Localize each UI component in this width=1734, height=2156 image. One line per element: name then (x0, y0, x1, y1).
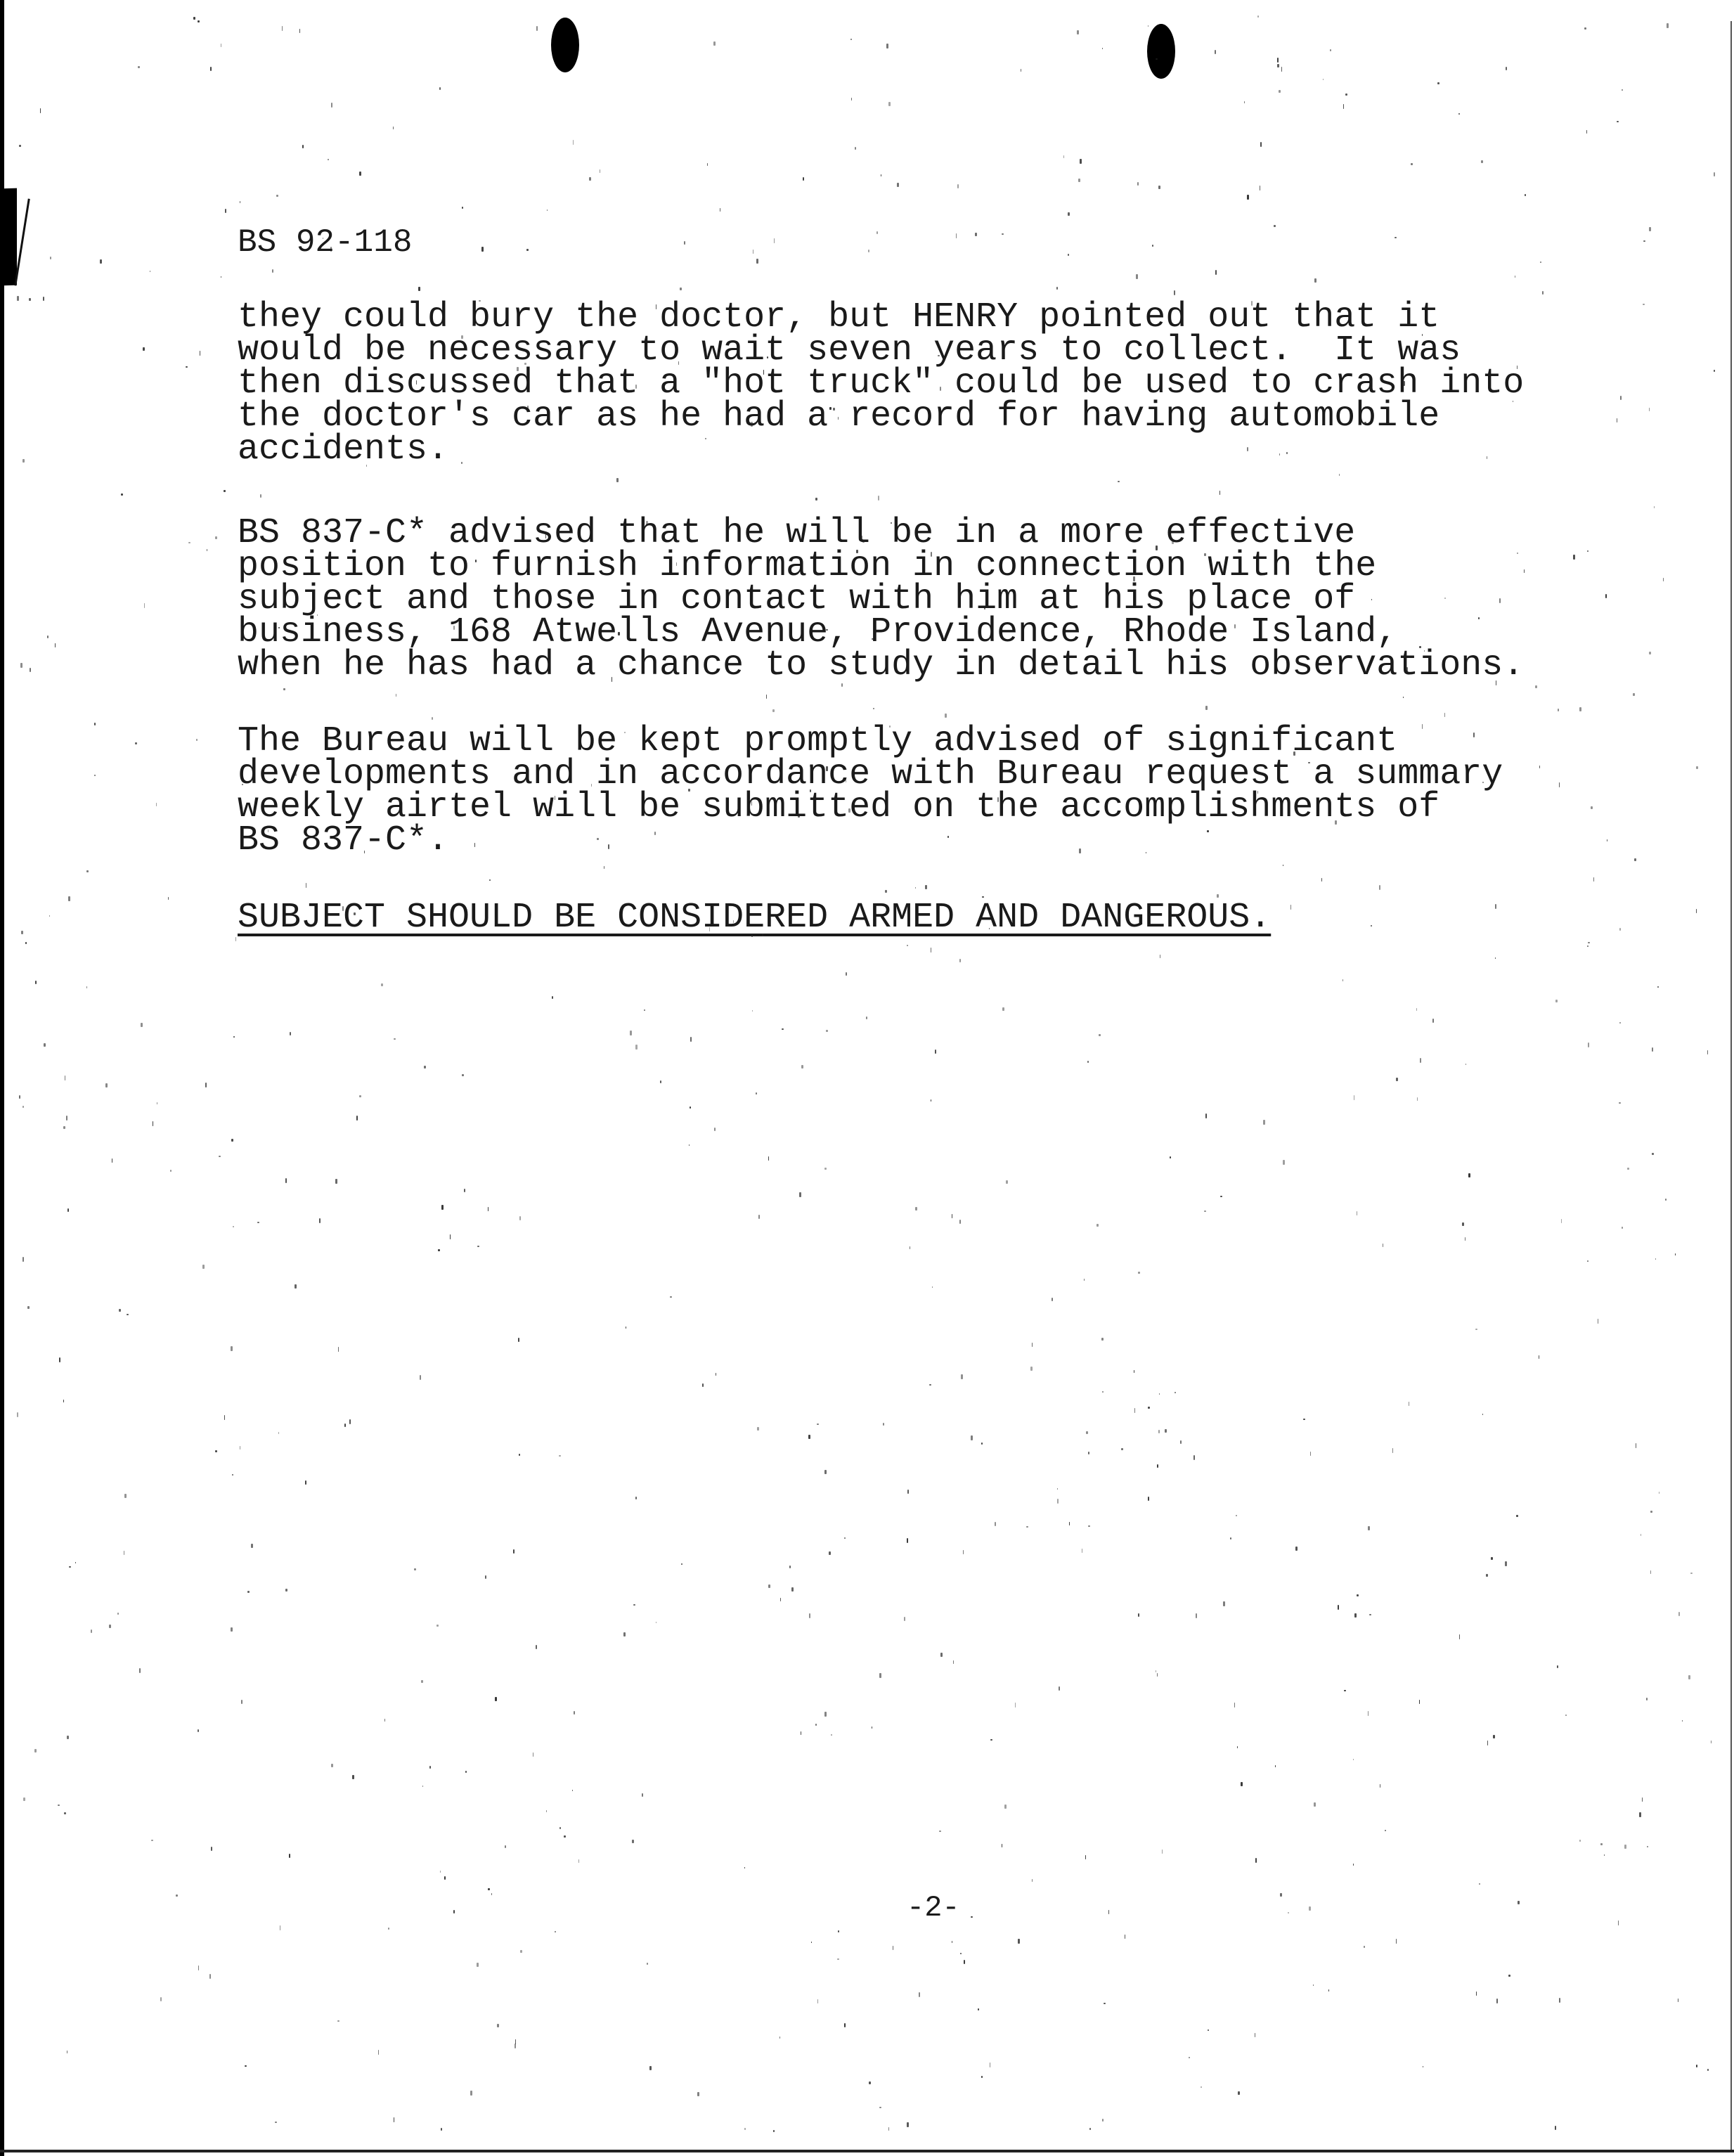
speck (1082, 1549, 1082, 1553)
speck (597, 838, 599, 840)
speck (1496, 1999, 1498, 2003)
speck (176, 1894, 178, 1897)
speck (1600, 1843, 1603, 1845)
speck (1588, 1043, 1589, 1047)
speck (170, 1170, 172, 1172)
speck (780, 1598, 781, 1601)
speck (753, 250, 753, 254)
speck (477, 1246, 479, 1247)
speck (940, 387, 941, 391)
punch-hole-icon (551, 18, 579, 72)
speck (231, 1627, 233, 1632)
speck (888, 102, 891, 106)
speck (1260, 142, 1262, 147)
speck (67, 1736, 69, 1739)
speck (393, 127, 394, 129)
speck (69, 1566, 71, 1568)
speck (1204, 553, 1206, 556)
speck (1158, 1430, 1160, 1433)
speck (1102, 2119, 1104, 2122)
speck (872, 1726, 872, 1729)
speck (1487, 1741, 1488, 1745)
speck (572, 1790, 573, 1791)
speck (295, 1284, 297, 1289)
speck (1619, 1022, 1621, 1024)
speck (600, 169, 600, 173)
speck (1323, 79, 1324, 80)
speck (86, 870, 89, 872)
speck (1342, 979, 1343, 981)
speck (801, 1065, 803, 1069)
speck (526, 249, 529, 251)
speck (697, 2092, 699, 2096)
speck (515, 2044, 516, 2048)
speck (1002, 233, 1004, 235)
speck (1579, 1840, 1581, 1842)
speck (1260, 186, 1260, 191)
speck (573, 140, 574, 145)
speck (1255, 1858, 1257, 1863)
speck (647, 1963, 648, 1965)
speck (1345, 343, 1345, 344)
speck (105, 1083, 108, 1087)
speck (1458, 113, 1460, 115)
speck (866, 1016, 867, 1019)
speck (34, 1749, 37, 1752)
speck (1205, 1113, 1207, 1118)
speck (207, 549, 207, 551)
speck (67, 1208, 69, 1212)
speck (224, 1415, 225, 1420)
speck (1663, 578, 1664, 581)
speck (429, 1766, 431, 1769)
speck (306, 883, 306, 888)
speck (811, 1942, 812, 1943)
speck (378, 2050, 379, 2055)
speck (356, 1116, 358, 1121)
speck (959, 959, 961, 962)
speck (388, 1928, 389, 1930)
speck (1247, 195, 1249, 200)
speck (808, 1435, 810, 1439)
speck (63, 1400, 64, 1402)
speck (838, 1930, 839, 1932)
speck (1205, 706, 1208, 710)
speck (17, 1412, 18, 1417)
speck (462, 207, 463, 209)
speck (221, 44, 221, 47)
speck (855, 147, 856, 150)
speck (1383, 1244, 1383, 1247)
speck (1475, 1329, 1477, 1330)
speck (307, 318, 309, 319)
speck (604, 866, 604, 869)
speck (1459, 1634, 1460, 1639)
speck (1539, 1355, 1539, 1359)
paragraph-2: BS 837-C* advised that he will be in a m… (238, 517, 1524, 682)
speck (1517, 553, 1518, 554)
speck (990, 2063, 990, 2067)
speck (1165, 1429, 1167, 1433)
speck (198, 1965, 199, 1970)
speck (1565, 1715, 1567, 1716)
speck (1156, 546, 1158, 550)
speck (907, 1538, 908, 1543)
speck (67, 2051, 67, 2053)
speck (257, 1222, 259, 1223)
speck (94, 775, 96, 776)
speck (876, 231, 878, 234)
speck (756, 1092, 757, 1095)
speck (1396, 1939, 1397, 1944)
speck (1180, 1440, 1182, 1444)
speck (121, 493, 123, 496)
speck (826, 1030, 828, 1032)
speck (527, 406, 529, 409)
speck (564, 1835, 566, 1838)
speck (1593, 877, 1594, 882)
speck (1539, 766, 1540, 768)
speck (1238, 2091, 1240, 2095)
speck (1353, 1759, 1354, 1760)
speck (1125, 1935, 1125, 1939)
speck (1021, 69, 1021, 72)
speck (1587, 945, 1589, 947)
speck (851, 98, 852, 101)
speck (1417, 1097, 1418, 1101)
speck (1088, 1452, 1089, 1454)
speck (623, 1632, 626, 1637)
speck (879, 2107, 881, 2108)
speck (421, 1680, 423, 1683)
speck (856, 550, 858, 553)
speck (670, 1296, 672, 1298)
speck (975, 233, 977, 236)
speck (1230, 1537, 1231, 1539)
speck (489, 879, 491, 881)
speck (1089, 2128, 1091, 2130)
speck (1059, 1686, 1060, 1691)
speck (831, 1734, 832, 1736)
speck (35, 981, 37, 984)
speck (1054, 597, 1054, 601)
speck (1476, 1992, 1477, 1996)
speck (275, 2122, 277, 2123)
speck (1133, 576, 1135, 581)
speck (872, 638, 874, 640)
speck (328, 159, 329, 160)
speck (1482, 782, 1484, 783)
speck (25, 942, 27, 944)
speck (1486, 1574, 1488, 1577)
speck (824, 1712, 827, 1717)
speck (193, 17, 195, 20)
speck (1257, 15, 1259, 18)
speck (232, 1474, 233, 1476)
speck (394, 2117, 394, 2122)
speck (151, 1840, 153, 1841)
speck (644, 1009, 645, 1011)
speck (1015, 1703, 1016, 1708)
speck (1330, 49, 1331, 51)
speck (247, 1591, 250, 1593)
speck (624, 732, 626, 733)
speck (1006, 1180, 1008, 1184)
speck (815, 498, 817, 501)
speck (860, 536, 862, 539)
speck (789, 1566, 791, 1568)
speck (438, 1249, 440, 1251)
speck (1696, 2065, 1697, 2067)
speck (810, 765, 810, 767)
speck (837, 1958, 839, 1960)
speck (626, 1326, 626, 1329)
speck (1219, 491, 1220, 495)
speck (1642, 1797, 1643, 1802)
speck (1157, 1464, 1158, 1468)
speck (907, 2122, 909, 2127)
speck (124, 1494, 127, 1498)
speck (364, 851, 365, 853)
speck (1157, 1673, 1158, 1677)
speck (474, 843, 475, 847)
speck (779, 2036, 780, 2039)
speck (684, 241, 685, 245)
speck (461, 335, 463, 339)
speck (22, 459, 25, 463)
speck (513, 1549, 515, 1554)
speck (1652, 1047, 1653, 1052)
speck (1275, 1765, 1276, 1767)
speck (1620, 396, 1622, 400)
speck (349, 1419, 351, 1424)
speck (997, 797, 999, 802)
speck (30, 668, 31, 672)
speck (713, 41, 716, 46)
speck (1357, 1594, 1359, 1596)
speck (1657, 986, 1659, 988)
speck (829, 407, 832, 410)
speck (931, 552, 932, 557)
speck (359, 172, 361, 176)
speck (656, 304, 656, 309)
speck (601, 626, 602, 631)
speck (1517, 366, 1518, 369)
speck (19, 145, 21, 147)
speck (1496, 680, 1496, 685)
speck (897, 183, 899, 187)
speck (1189, 2057, 1190, 2058)
speck (86, 986, 87, 988)
speck (138, 66, 140, 68)
speck (758, 1215, 760, 1219)
speck (1411, 163, 1413, 165)
speck (676, 562, 677, 566)
speck (519, 1216, 521, 1220)
speck (1237, 1746, 1238, 1748)
speck (1667, 23, 1669, 28)
speck (75, 1562, 76, 1563)
speck (1085, 1855, 1086, 1859)
speck (276, 195, 278, 197)
speck (751, 934, 753, 937)
speck (829, 1551, 831, 1555)
speck (963, 1550, 964, 1554)
speck (278, 1432, 279, 1434)
speck (929, 1384, 931, 1386)
speck (960, 1953, 962, 1954)
speck (1234, 1703, 1235, 1708)
speck (1491, 1557, 1493, 1560)
speck (772, 709, 775, 712)
speck (907, 945, 908, 946)
speck (768, 1156, 769, 1161)
speck (1172, 541, 1174, 544)
speck (1148, 1497, 1149, 1501)
speck (959, 1220, 961, 1224)
speck (432, 717, 433, 720)
speck (1513, 401, 1513, 402)
speck (453, 1910, 455, 1913)
scan-edge-right (1730, 21, 1732, 2151)
speck (1344, 1690, 1346, 1691)
speck (824, 1470, 827, 1474)
speck (505, 1845, 506, 1848)
speck (157, 1102, 157, 1104)
speck (1328, 1989, 1329, 1992)
speck (798, 815, 800, 818)
speck (1196, 1613, 1197, 1618)
speck (782, 1028, 784, 1030)
speck (1068, 212, 1070, 216)
speck (450, 1234, 451, 1239)
speck (414, 1568, 416, 1570)
speck (971, 1435, 973, 1440)
speck (654, 832, 656, 835)
speck (117, 1613, 119, 1615)
speck (772, 373, 773, 375)
speck (1696, 766, 1698, 769)
speck (931, 1099, 931, 1102)
speck (1557, 1665, 1558, 1668)
speck (989, 928, 990, 929)
speck (352, 1775, 354, 1779)
speck (381, 983, 383, 986)
speck (1056, 287, 1058, 290)
speck (915, 887, 916, 889)
speck (196, 739, 198, 741)
speck (1263, 1120, 1265, 1125)
speck (470, 2091, 472, 2096)
speck (1223, 1601, 1225, 1606)
speck (886, 911, 887, 913)
speck (188, 542, 190, 543)
speck (888, 2127, 889, 2131)
speck (1295, 1547, 1298, 1551)
speck (479, 300, 481, 302)
speck (574, 1711, 575, 1715)
speck (1508, 1975, 1510, 1977)
speck (453, 626, 455, 630)
speck (119, 1309, 121, 1312)
speck (1314, 1802, 1316, 1807)
speck (1217, 351, 1218, 352)
speck (1540, 262, 1541, 263)
speck (1096, 1224, 1099, 1227)
speck (850, 39, 852, 40)
speck (465, 1771, 467, 1773)
speck (1516, 1515, 1518, 1517)
paragraph-3: The Bureau will be kept promptly advised… (238, 725, 1503, 857)
speck (1678, 1612, 1680, 1616)
speck (1102, 48, 1103, 49)
speck (1559, 782, 1560, 787)
speck (1385, 1830, 1386, 1831)
speck (1152, 245, 1153, 247)
speck (1313, 1984, 1314, 1986)
illegible-stamp (687, 1743, 971, 1821)
speck (211, 1847, 212, 1851)
speck (868, 250, 869, 252)
speck (1288, 1912, 1289, 1913)
speck (464, 1189, 465, 1192)
speck (545, 534, 546, 538)
speck (342, 906, 344, 911)
speck (762, 934, 763, 936)
speck (436, 1625, 439, 1627)
speck (1244, 101, 1245, 103)
speck (709, 927, 710, 931)
speck (1690, 1573, 1693, 1574)
speck (354, 912, 356, 915)
speck (1617, 418, 1617, 422)
speck (1423, 2066, 1423, 2067)
speck (910, 1246, 910, 1249)
speck (555, 1931, 556, 1932)
speck (488, 1888, 490, 1890)
speck (1573, 555, 1575, 560)
speck (536, 1645, 537, 1649)
speck (873, 708, 874, 709)
speck (1118, 481, 1120, 482)
speck (202, 1265, 205, 1269)
document-page: BS 92-118 they could bury the doctor, bu… (0, 0, 1734, 2156)
speck (338, 1347, 339, 1352)
speck (477, 1963, 479, 1967)
speck (1617, 121, 1619, 122)
speck (1280, 1893, 1282, 1897)
speck (1088, 1525, 1090, 1527)
speck (224, 490, 226, 492)
speck (1655, 1258, 1656, 1260)
speck (366, 465, 367, 467)
speck (841, 683, 843, 687)
speck (891, 522, 892, 524)
speck (1419, 646, 1421, 648)
speck (1493, 1735, 1495, 1738)
punch-hole-icon (1147, 24, 1175, 79)
speck (1236, 1515, 1237, 1516)
speck (1068, 254, 1069, 256)
speck (1624, 1845, 1626, 1849)
speck (705, 438, 706, 439)
speck (826, 629, 828, 631)
speck (1636, 1443, 1636, 1448)
speck (1146, 852, 1146, 853)
speck (143, 347, 145, 351)
speck (205, 1083, 207, 1087)
speck (932, 1286, 933, 1288)
